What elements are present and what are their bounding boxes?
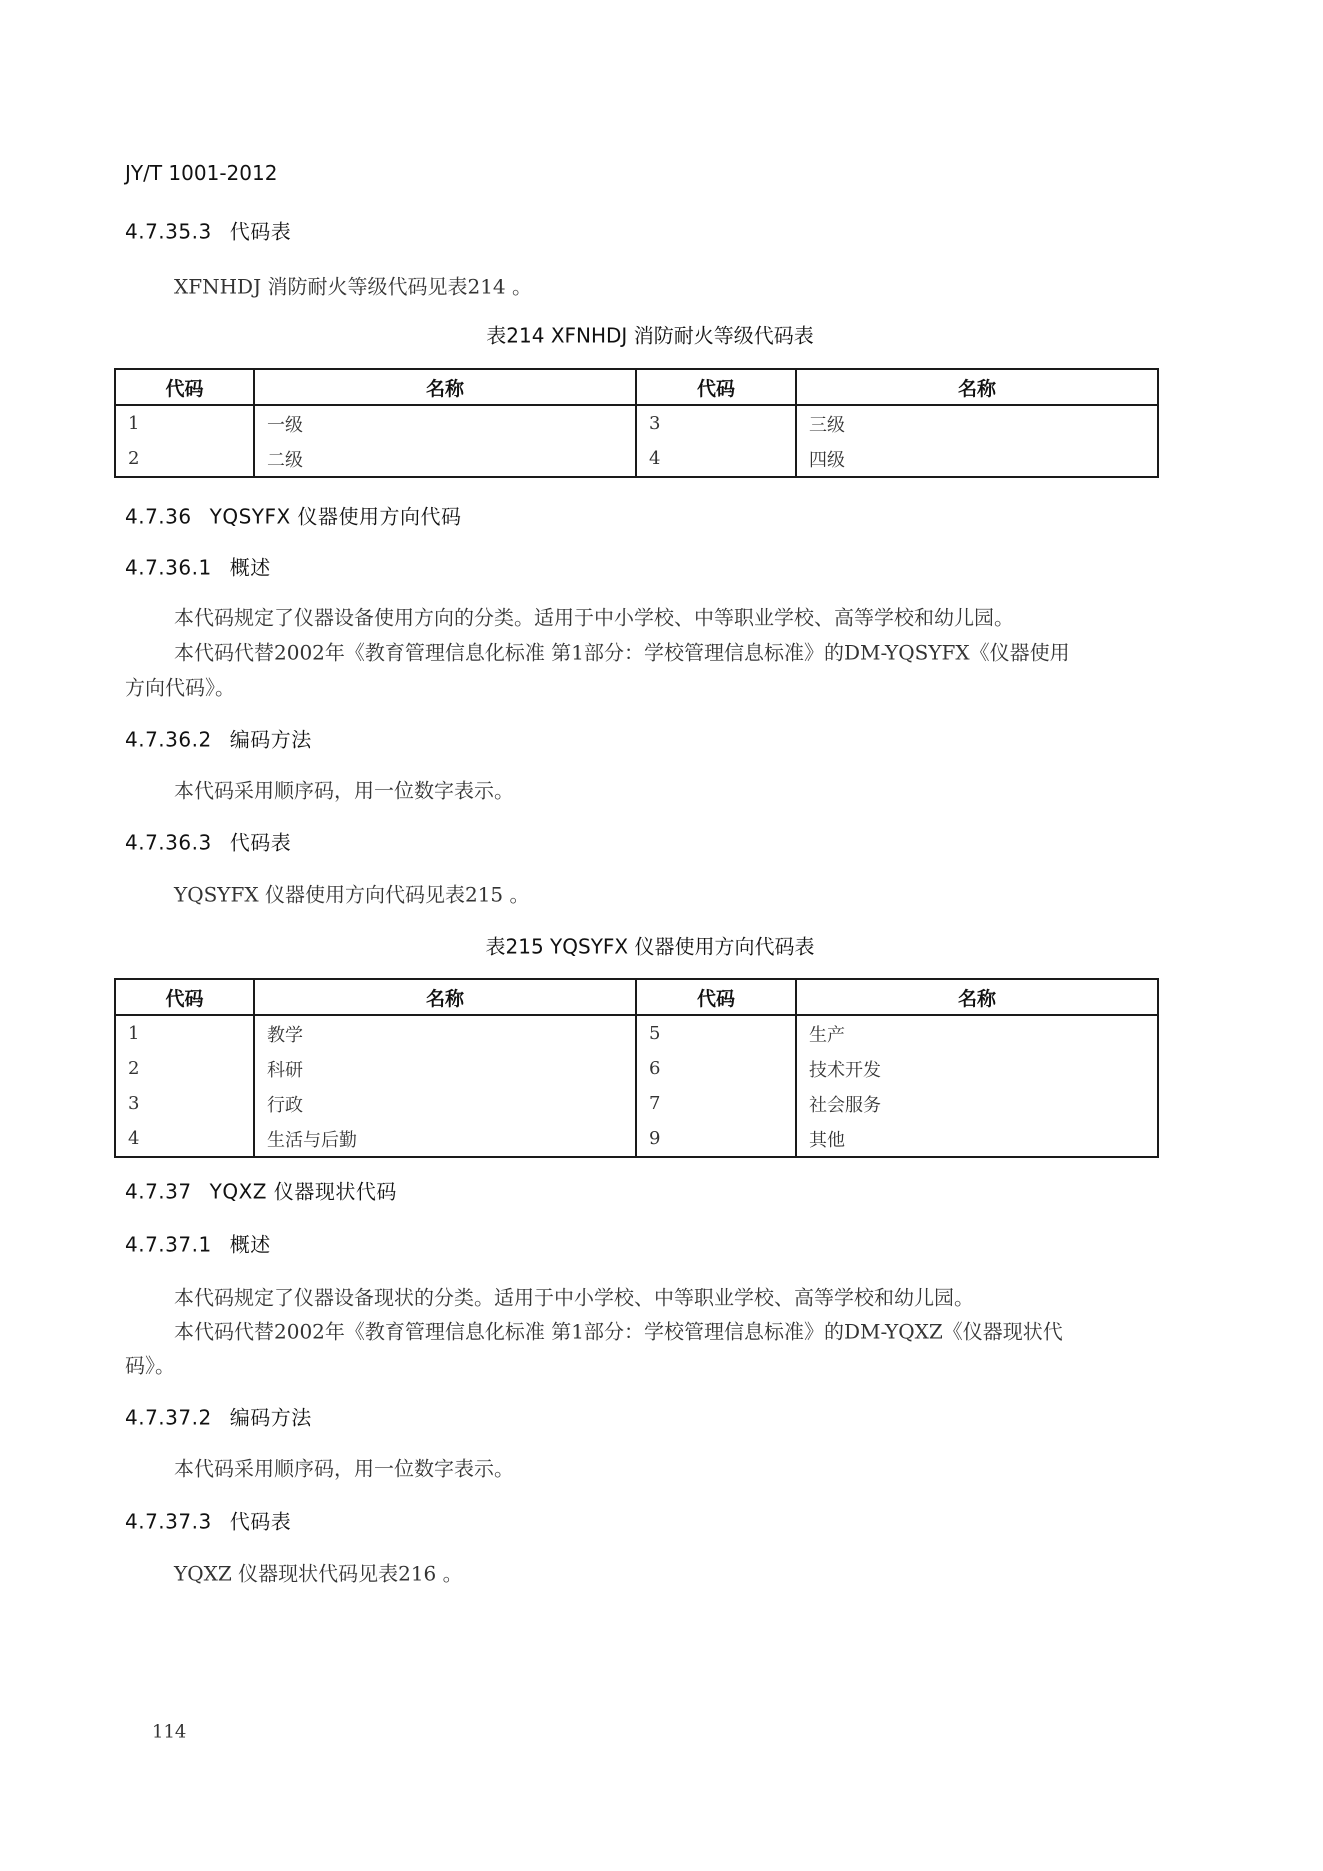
column-header-code: 代码 [115,979,254,1015]
section-number: 4.7.37.3 [125,1510,212,1534]
column-header-name: 名称 [254,979,636,1015]
cell-name: 行政 [254,1086,636,1121]
section-number: 4.7.37 [125,1180,192,1204]
column-header-name: 名称 [796,979,1158,1015]
section-heading-4-7-37-2: 4.7.37.2编码方法 [125,1402,312,1431]
section-title: YQSYFX 仪器使用方向代码 [210,505,462,529]
table-row: 3 行政 7 社会服务 [115,1086,1158,1121]
cell-name: 三级 [796,405,1158,441]
table-caption-215: 表215 YQSYFX 仪器使用方向代码表 [486,931,815,960]
table-header-row: 代码 名称 代码 名称 [115,369,1158,405]
section-number: 4.7.36.1 [125,556,212,580]
cell-name: 一级 [254,405,636,441]
section-title: 概述 [230,556,271,580]
table-caption-214: 表214 XFNHDJ 消防耐火等级代码表 [486,320,813,349]
cell-code: 3 [636,405,796,441]
cell-code: 9 [636,1121,796,1157]
section-number: 4.7.36.3 [125,831,212,855]
cell-code: 1 [115,1015,254,1051]
code-table-215: 代码 名称 代码 名称 1 教学 5 生产 2 科研 6 技术开发 3 行政 7… [114,978,1159,1158]
column-header-name: 名称 [796,369,1158,405]
cell-code: 3 [115,1086,254,1121]
cell-name: 其他 [796,1121,1158,1157]
table-row: 1 一级 3 三级 [115,405,1158,441]
code-table-214: 代码 名称 代码 名称 1 一级 3 三级 2 二级 4 四级 [114,368,1159,478]
page-number: 114 [152,1722,186,1743]
table-row: 1 教学 5 生产 [115,1015,1158,1051]
cell-code: 7 [636,1086,796,1121]
column-header-code: 代码 [636,979,796,1015]
section-heading-4-7-36-3: 4.7.36.3代码表 [125,827,291,856]
paragraph: XFNHDJ 消防耐火等级代码见表214 。 [174,271,532,300]
section-heading-4-7-37-3: 4.7.37.3代码表 [125,1506,291,1535]
section-number: 4.7.36.2 [125,728,212,752]
cell-code: 6 [636,1051,796,1086]
cell-code: 5 [636,1015,796,1051]
paragraph: YQSYFX 仪器使用方向代码见表215 。 [174,879,530,908]
cell-code: 4 [115,1121,254,1157]
section-heading-4-7-35-3: 4.7.35.3代码表 [125,216,291,245]
cell-name: 四级 [796,441,1158,477]
cell-code: 2 [115,1051,254,1086]
cell-code: 2 [115,441,254,477]
section-title: 代码表 [230,1510,292,1534]
paragraph: 本代码采用顺序码，用一位数字表示。 [174,775,514,804]
section-number: 4.7.37.1 [125,1233,212,1257]
section-number: 4.7.36 [125,505,192,529]
table-header-row: 代码 名称 代码 名称 [115,979,1158,1015]
column-header-code: 代码 [115,369,254,405]
table-row: 2 科研 6 技术开发 [115,1051,1158,1086]
paragraph: 本代码规定了仪器设备使用方向的分类。适用于中小学校、中等职业学校、高等学校和幼儿… [174,602,1014,631]
section-heading-4-7-36-2: 4.7.36.2编码方法 [125,724,312,753]
cell-name: 科研 [254,1051,636,1086]
paragraph-continuation: 方向代码》。 [125,672,235,701]
section-title: 编码方法 [230,1406,312,1430]
paragraph: 本代码采用顺序码，用一位数字表示。 [174,1453,514,1482]
standard-id: JY/T 1001-2012 [125,161,277,185]
cell-name: 技术开发 [796,1051,1158,1086]
cell-name: 生产 [796,1015,1158,1051]
table-row: 4 生活与后勤 9 其他 [115,1121,1158,1157]
cell-code: 4 [636,441,796,477]
section-heading-4-7-36: 4.7.36YQSYFX 仪器使用方向代码 [125,501,462,530]
column-header-code: 代码 [636,369,796,405]
paragraph: YQXZ 仪器现状代码见表216 。 [174,1558,463,1587]
paragraph: 本代码规定了仪器设备现状的分类。适用于中小学校、中等职业学校、高等学校和幼儿园。 [174,1282,974,1311]
section-title: YQXZ 仪器现状代码 [210,1180,397,1204]
paragraph-continuation: 码》。 [125,1350,175,1379]
column-header-name: 名称 [254,369,636,405]
table-row: 2 二级 4 四级 [115,441,1158,477]
paragraph: 本代码代替2002年《教育管理信息化标准 第1部分：学校管理信息标准》的DM-Y… [174,1316,1063,1345]
section-title: 代码表 [230,831,292,855]
cell-name: 教学 [254,1015,636,1051]
section-heading-4-7-36-1: 4.7.36.1概述 [125,552,271,581]
section-heading-4-7-37: 4.7.37YQXZ 仪器现状代码 [125,1176,397,1205]
cell-code: 1 [115,405,254,441]
section-title: 代码表 [230,220,292,244]
cell-name: 生活与后勤 [254,1121,636,1157]
section-number: 4.7.35.3 [125,220,212,244]
paragraph: 本代码代替2002年《教育管理信息化标准 第1部分：学校管理信息标准》的DM-Y… [174,637,1070,666]
section-number: 4.7.37.2 [125,1406,212,1430]
cell-name: 社会服务 [796,1086,1158,1121]
section-title: 编码方法 [230,728,312,752]
cell-name: 二级 [254,441,636,477]
section-heading-4-7-37-1: 4.7.37.1概述 [125,1229,271,1258]
section-title: 概述 [230,1233,271,1257]
